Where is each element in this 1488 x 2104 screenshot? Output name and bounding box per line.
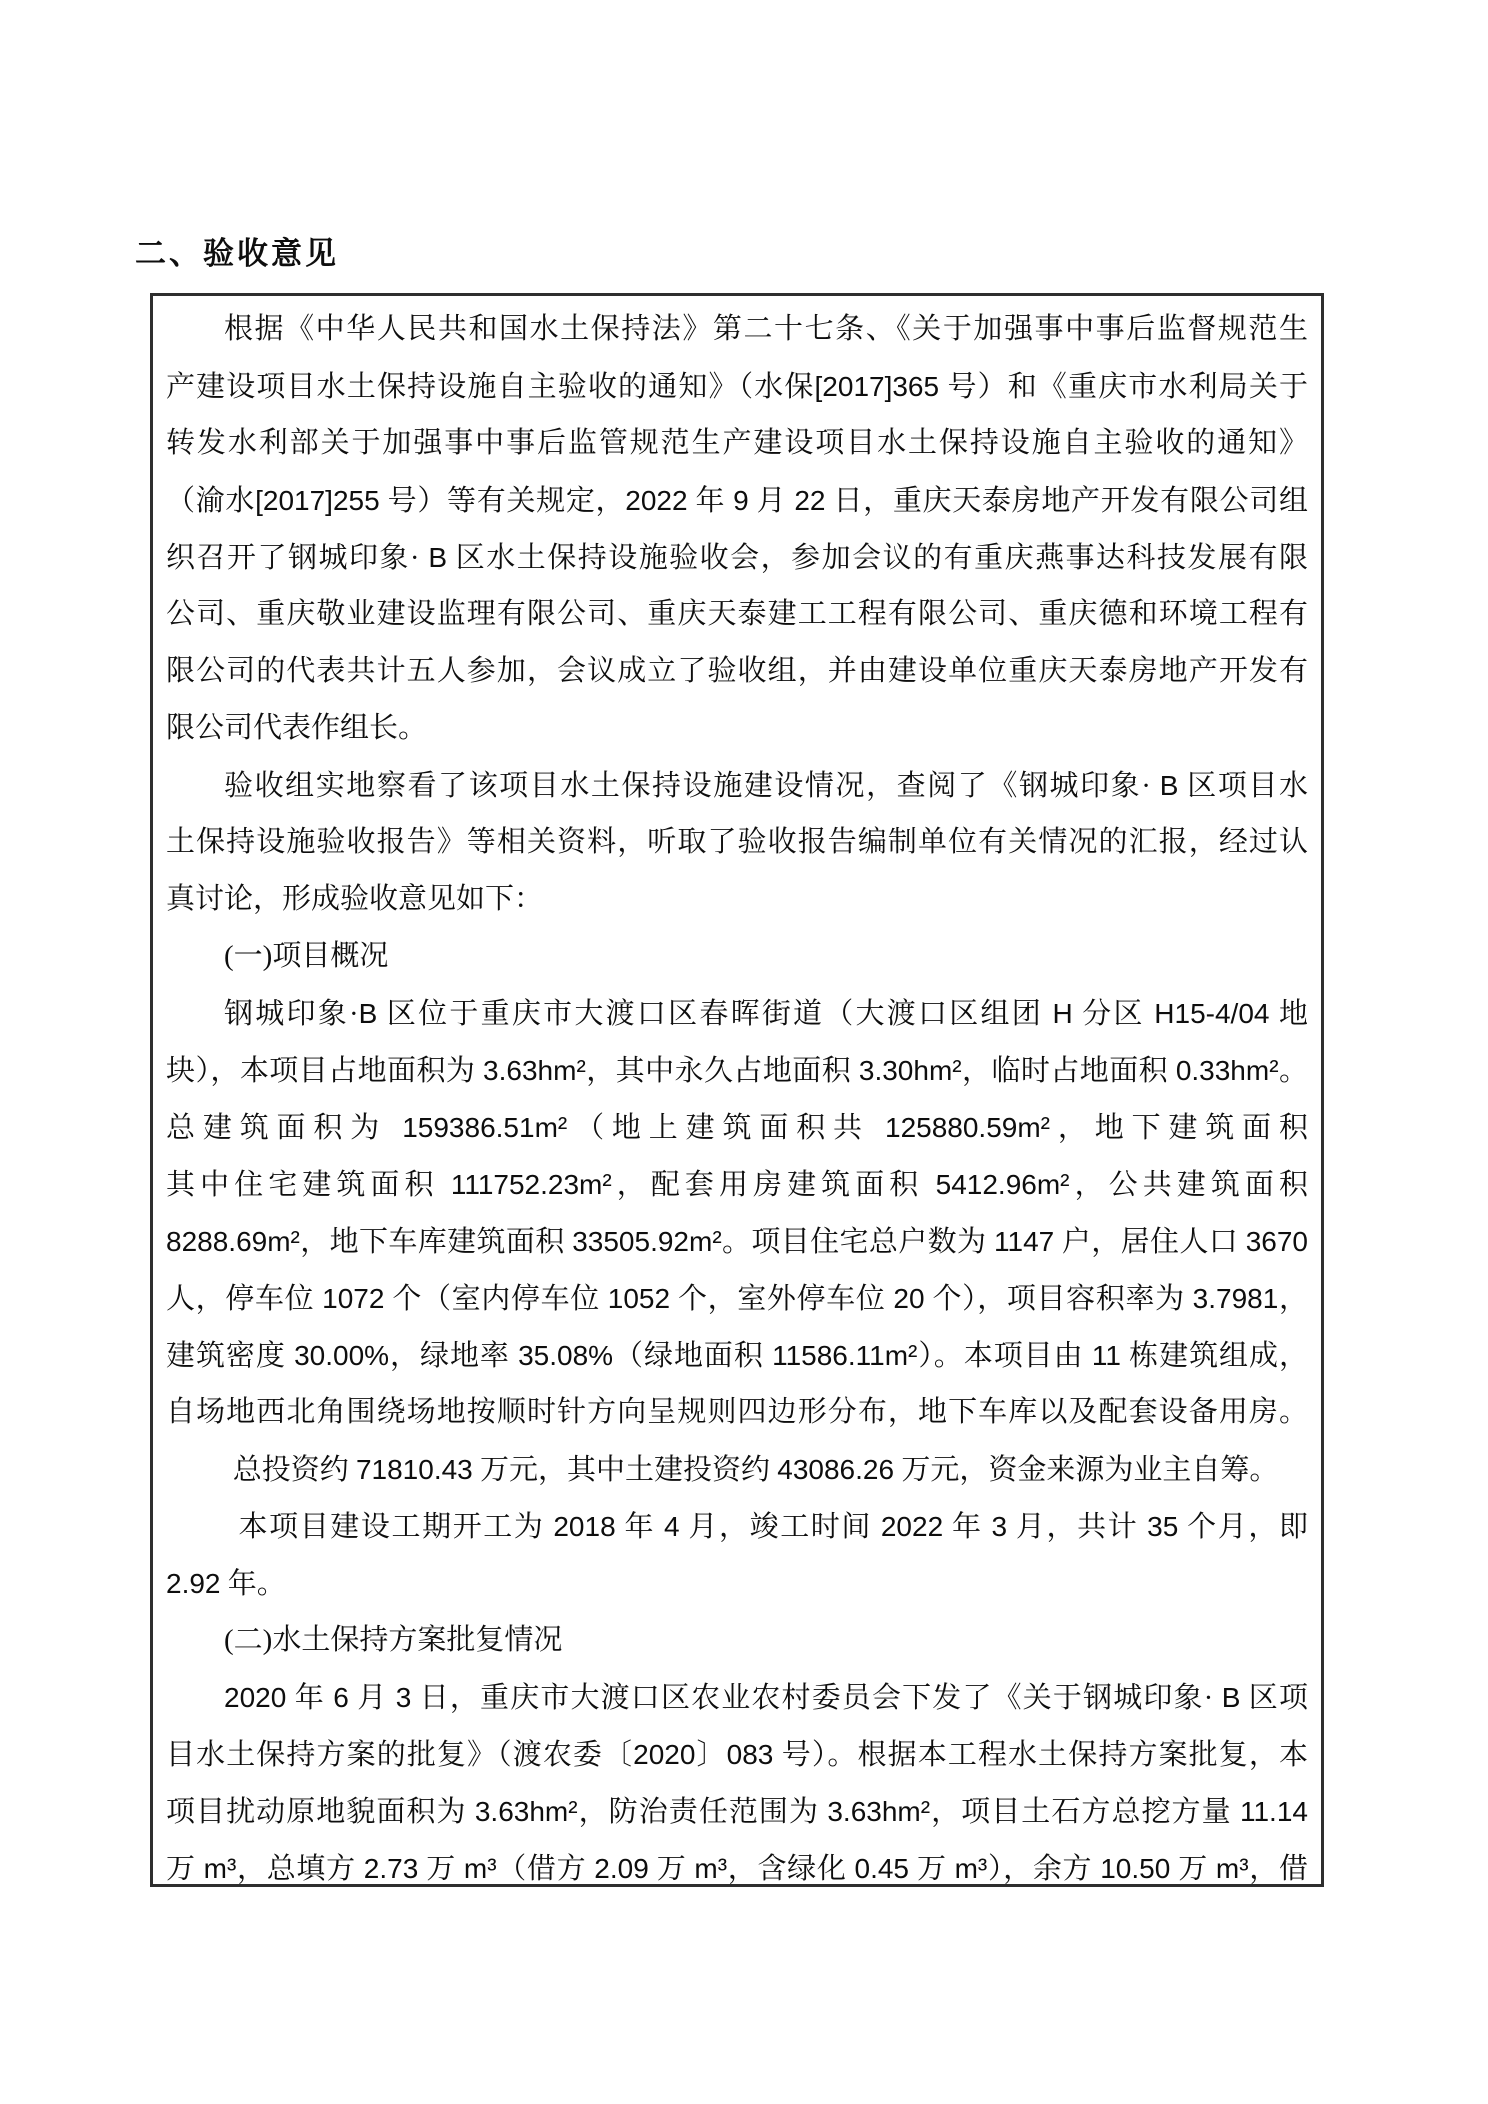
- latin-text: 11586.11m²: [772, 1340, 917, 1371]
- latin-text: H: [1053, 998, 1073, 1029]
- text-line: 建筑密度 30.00%，绿地率 35.08%（绿地面积 11586.11m²）。…: [166, 1327, 1308, 1384]
- latin-text: 5412.96m²: [936, 1169, 1070, 1200]
- text-line: 2.92 年。: [166, 1555, 1308, 1612]
- latin-text: 35: [1147, 1511, 1178, 1542]
- latin-text: 4: [664, 1511, 680, 1542]
- latin-text: 2020: [633, 1739, 695, 1770]
- text-line: 2020 年 6 月 3 日，重庆市大渡口区农业农村委员会下发了《关于钢城印象·…: [166, 1669, 1308, 1726]
- text-line: (一)项目概况: [166, 928, 1308, 985]
- text-line: 总投资约 71810.43 万元，其中土建投资约 43086.26 万元，资金来…: [166, 1441, 1308, 1498]
- text-line: 真讨论，形成验收意见如下：: [166, 871, 1308, 928]
- latin-text: m³: [204, 1853, 237, 1884]
- latin-text: B: [1160, 770, 1179, 801]
- latin-text: 9: [733, 485, 749, 516]
- text-line: 织召开了钢城印象· B 区水土保持设施验收会，参加会议的有重庆燕事达科技发展有限: [166, 529, 1308, 586]
- text-line: 块），本项目占地面积为 3.63hm²，其中永久占地面积 3.30hm²，临时占…: [166, 1042, 1308, 1099]
- latin-text: 111752.23m²: [451, 1169, 612, 1200]
- latin-text: 43086.26: [777, 1454, 894, 1485]
- opinion-text: 根据《中华人民共和国水土保持法》第二十七条、《关于加强事中事后监督规范生产建设项…: [153, 296, 1321, 1887]
- text-line: 转发水利部关于加强事中事后监管规范生产建设项目水土保持设施自主验收的通知》: [166, 415, 1308, 472]
- text-line: 目水土保持方案的批复》（渡农委〔2020〕083 号）。根据本工程水土保持方案批…: [166, 1726, 1308, 1783]
- text-line: 总建筑面积为 159386.51m²（地上建筑面积共 125880.59m²，地…: [166, 1099, 1308, 1156]
- text-line: 根据《中华人民共和国水土保持法》第二十七条、《关于加强事中事后监督规范生: [166, 301, 1308, 358]
- opinion-box: 根据《中华人民共和国水土保持法》第二十七条、《关于加强事中事后监督规范生产建设项…: [150, 293, 1324, 1887]
- latin-text: [2017]365: [815, 371, 940, 402]
- latin-text: 1052: [608, 1283, 670, 1314]
- text-line: 本项目建设工期开工为 2018 年 4 月，竣工时间 2022 年 3 月，共计…: [166, 1498, 1308, 1555]
- latin-text: 3.63hm²: [483, 1055, 586, 1086]
- text-line: 产建设项目水土保持设施自主验收的通知》（水保[2017]365 号）和《重庆市水…: [166, 358, 1308, 415]
- latin-text: 6: [333, 1682, 349, 1713]
- text-line: 万 m³，总填方 2.73 万 m³（借方 2.09 万 m³，含绿化 0.45…: [166, 1840, 1308, 1887]
- latin-text: 35.08%: [518, 1340, 613, 1371]
- latin-text: [2017]255: [255, 485, 380, 516]
- text-line: 项目扰动原地貌面积为 3.63hm²，防治责任范围为 3.63hm²，项目土石方…: [166, 1783, 1308, 1840]
- latin-text: 2020: [224, 1682, 286, 1713]
- latin-text: 125880.59m²: [885, 1112, 1050, 1143]
- text-line: 人，停车位 1072 个（室内停车位 1052 个，室外停车位 20 个），项目…: [166, 1270, 1308, 1327]
- latin-text: 3.7981: [1193, 1283, 1279, 1314]
- latin-text: 0.33hm²: [1176, 1055, 1279, 1086]
- latin-text: m³: [694, 1853, 727, 1884]
- latin-text: 33505.92m²: [572, 1226, 721, 1257]
- latin-text: H15-4/04: [1154, 998, 1269, 1029]
- latin-text: 159386.51m²: [402, 1112, 567, 1143]
- latin-text: 3: [396, 1682, 412, 1713]
- text-line: 限公司的代表共计五人参加，会议成立了验收组，并由建设单位重庆天泰房地产开发有: [166, 643, 1308, 700]
- text-line: 钢城印象·B 区位于重庆市大渡口区春晖街道（大渡口区组团 H 分区 H15-4/…: [166, 985, 1308, 1042]
- latin-text: 11: [1092, 1340, 1121, 1371]
- latin-text: 71810.43: [356, 1454, 473, 1485]
- latin-text: 2022: [625, 485, 687, 516]
- latin-text: 11.14: [1240, 1796, 1308, 1827]
- text-line: （渝水[2017]255 号）等有关规定，2022 年 9 月 22 日，重庆天…: [166, 472, 1308, 529]
- latin-text: 3670: [1246, 1226, 1308, 1257]
- latin-text: 2.73: [364, 1853, 419, 1884]
- text-line: 自场地西北角围绕场地按顺时针方向呈规则四边形分布，地下车库以及配套设备用房。: [166, 1384, 1308, 1441]
- latin-text: 22: [794, 485, 825, 516]
- latin-text: 1147: [994, 1226, 1054, 1257]
- text-line: 公司、重庆敬业建设监理有限公司、重庆天泰建工工程有限公司、重庆德和环境工程有: [166, 586, 1308, 643]
- latin-text: 1072: [322, 1283, 384, 1314]
- latin-text: B: [359, 998, 378, 1029]
- latin-text: 3: [991, 1511, 1007, 1542]
- text-line: 8288.69m²，地下车库建筑面积 33505.92m²。项目住宅总户数为 1…: [166, 1213, 1308, 1270]
- latin-text: 2018: [553, 1511, 615, 1542]
- text-line: 其中住宅建筑面积 111752.23m²，配套用房建筑面积 5412.96m²，…: [166, 1156, 1308, 1213]
- latin-text: m³: [955, 1853, 988, 1884]
- text-line: 限公司代表作组长。: [166, 700, 1308, 757]
- latin-text: 3.63hm²: [475, 1796, 578, 1827]
- latin-text: m³: [1216, 1853, 1249, 1884]
- latin-text: 083: [727, 1739, 774, 1770]
- text-line: (二)水土保持方案批复情况: [166, 1612, 1308, 1669]
- latin-text: 0.45: [855, 1853, 910, 1884]
- latin-text: B: [1222, 1682, 1241, 1713]
- latin-text: 3.30hm²: [859, 1055, 962, 1086]
- document-page: 二、验收意见 根据《中华人民共和国水土保持法》第二十七条、《关于加强事中事后监督…: [0, 0, 1488, 2104]
- text-line: 土保持设施验收报告》等相关资料，听取了验收报告编制单位有关情况的汇报，经过认: [166, 814, 1308, 871]
- latin-text: B: [428, 542, 447, 573]
- section-heading: 二、验收意见: [135, 228, 339, 273]
- latin-text: 2.92: [166, 1568, 221, 1599]
- latin-text: m³: [464, 1853, 497, 1884]
- latin-text: 2.09: [594, 1853, 649, 1884]
- latin-text: 3.63hm²: [827, 1796, 930, 1827]
- latin-text: 8288.69m²: [166, 1226, 300, 1257]
- text-line: 验收组实地察看了该项目水土保持设施建设情况，查阅了《钢城印象· B 区项目水: [166, 757, 1308, 814]
- latin-text: 2022: [881, 1511, 943, 1542]
- latin-text: 10.50: [1100, 1853, 1170, 1884]
- latin-text: 20: [893, 1283, 924, 1314]
- latin-text: 30.00%: [294, 1340, 389, 1371]
